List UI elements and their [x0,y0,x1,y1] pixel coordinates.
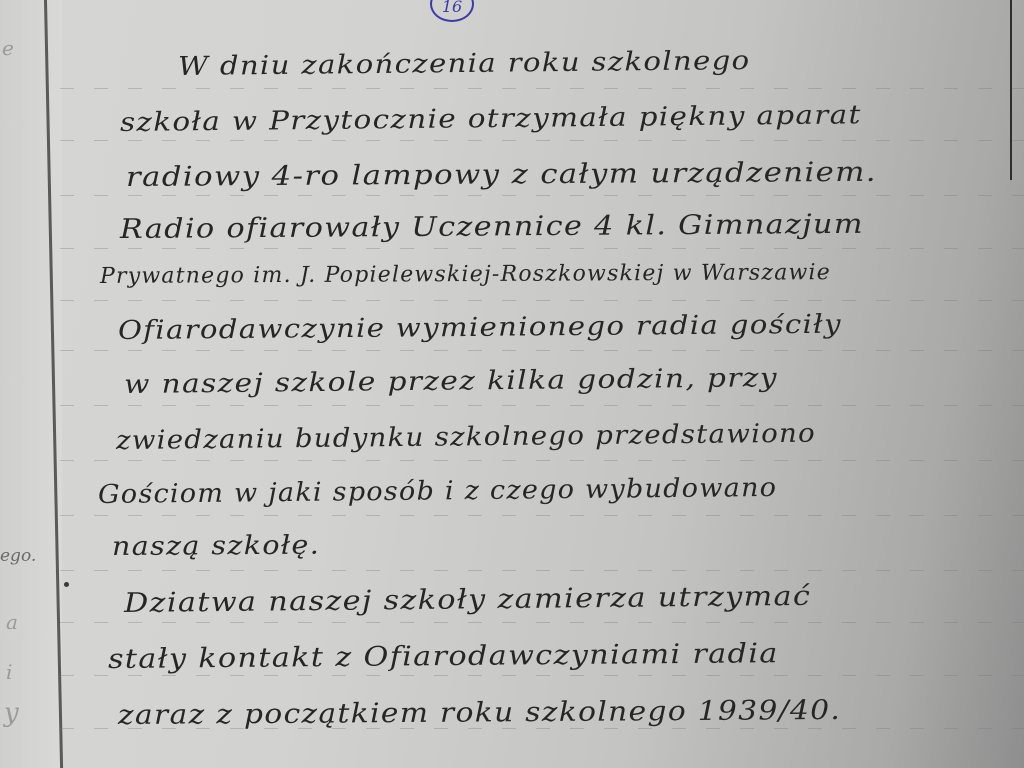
handwritten-line: Ofiarodawczynie wymienionego radia gości… [118,310,842,346]
ruled-line [60,570,1024,571]
ruled-line [60,248,1024,249]
handwritten-line: w naszej szkole przez kilka godzin, przy [124,363,778,400]
handwritten-line: Dziatwa naszej szkoły zamierza utrzymać [124,581,812,619]
handwritten-line: Gościom w jaki sposób i z czego wybudowa… [98,473,778,510]
left-page-fragment: a [6,610,18,634]
left-page-fragment: e [2,36,14,60]
ruled-line [60,195,1024,196]
ruled-line [60,300,1024,301]
handwritten-line: radiowy 4-ro lampowy z całym urządzeniem… [126,157,877,193]
handwritten-line: szkoła w Przytocznie otrzymała piękny ap… [120,100,862,138]
ruled-line [60,140,1024,141]
left-page-fragment: ego. [0,546,36,566]
ink-dot [64,582,69,587]
ruled-line [60,515,1024,516]
handwritten-line: stały kontakt z Ofiarodawczyniami radia [108,638,779,675]
handwritten-line: zwiedzaniu budynku szkolnego przedstawio… [116,419,816,456]
ruled-line [60,675,1024,676]
handwritten-line: Prywatnego im. J. Popielewskiej-Roszkows… [100,260,831,289]
handwritten-line: zaraz z początkiem roku szkolnego 1939/4… [118,695,841,731]
left-page-fragment: i [6,660,12,684]
page-edge-line [1010,0,1012,180]
handwritten-line: naszą szkołę. [112,531,320,562]
handwritten-line: W dniu zakończenia roku szkolnego [178,46,751,82]
ruled-line [60,405,1024,406]
left-page-fragment: y [4,698,19,728]
ruled-line [60,350,1024,351]
ruled-line [60,460,1024,461]
page-number-stamp: 16 [430,0,474,22]
document-photo: e ego. a i y 16 W dniu zakończenia roku … [0,0,1024,768]
ruled-line [60,88,1024,89]
handwritten-line: Radio ofiarowały Uczennice 4 kl. Gimnazj… [120,209,864,245]
ruled-line [60,622,1024,623]
